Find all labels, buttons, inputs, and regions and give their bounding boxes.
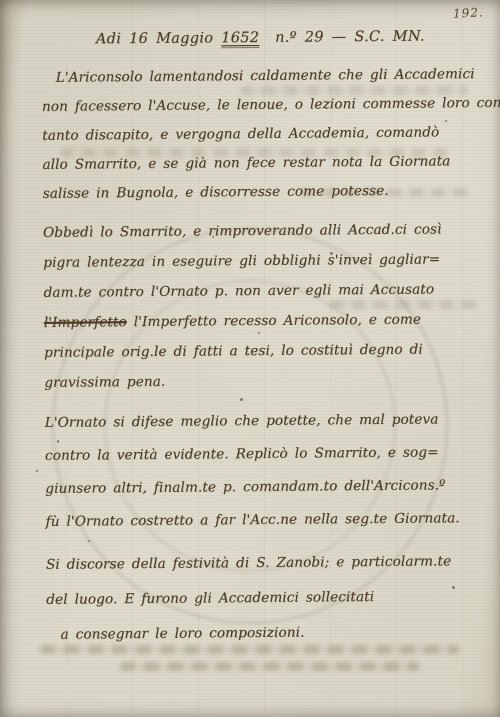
ink-speck [330, 252, 333, 255]
manuscript-line: allo Smarrito, e se già non fece restar … [42, 147, 470, 180]
ink-speck [57, 440, 59, 443]
manuscript-line: dam.te contro l'Ornato p. non aver egli … [43, 274, 471, 308]
manuscript-line: principale orig.le di fatti a tesi, lo c… [44, 334, 472, 368]
manuscript-line: L'Ariconsolo lamentandosi caldamente che… [42, 60, 470, 93]
heading-entry-number: n.º 29 — S.C. MN. [259, 29, 425, 46]
folio-number: 192. [453, 5, 484, 21]
ink-speck [36, 470, 38, 472]
manuscript-line: Obbedì lo Smarrito, e rimproverando alli… [43, 214, 471, 248]
manuscript-line: non facessero l'Accuse, le lenoue, o lez… [42, 89, 470, 122]
line-remainder: l'Imperfetto recesso Ariconsolo, e come [127, 312, 421, 331]
paragraph-2: Obbedì lo Smarrito, e rimproverando alli… [43, 214, 473, 398]
manuscript-line: giunsero altri, finalm.te p. comandam.to… [45, 469, 473, 506]
manuscript-line: fù l'Ornato costretto a far l'Acc.ne nel… [45, 502, 473, 539]
manuscript-line: pigra lentezza in eseguire gli obblighi … [43, 244, 471, 278]
ink-speck [240, 398, 243, 401]
paragraph-3: L'Ornato si difese meglio che potette, c… [45, 403, 474, 539]
paragraph-4: Si discorse della festività di S. Zanobi… [46, 544, 475, 653]
manuscript-line: salisse in Bugnola, e discorresse come p… [43, 176, 471, 209]
manuscript-line: L'Ornato si difese meglio che potette, c… [45, 403, 473, 440]
manuscript-line: gravissima pena. [44, 364, 472, 398]
paragraph-1: L'Ariconsolo lamentandosi caldamente che… [42, 60, 471, 209]
ink-speck [88, 540, 90, 542]
struck-word: l'Imperfetto [44, 314, 127, 331]
manuscript-line: a consegnar le loro composizioni. [46, 614, 474, 653]
manuscript-text: Adi 16 Maggio 1652 n.º 29 — S.C. MN. L'A… [41, 28, 474, 662]
heading-year: 1652 [221, 30, 259, 48]
bleedthrough-smudge [120, 662, 420, 671]
manuscript-line: del luogo. E furono gli Accademici solle… [46, 579, 474, 618]
ink-speck [452, 586, 455, 589]
manuscript-page: 192. Adi 16 Maggio 1652 n.º 29 — S.C. MN… [0, 0, 500, 717]
ink-speck [445, 120, 447, 122]
heading-line: Adi 16 Maggio 1652 n.º 29 — S.C. MN. [57, 28, 463, 48]
manuscript-line: Si discorse della festività di S. Zanobi… [46, 544, 474, 583]
heading-date: Adi 16 Maggio [96, 30, 221, 47]
ink-speck [258, 332, 260, 334]
manuscript-line: tanto discapito, e vergogna della Accade… [42, 118, 470, 151]
ink-speck [212, 236, 214, 238]
manuscript-line: contro la verità evidente. Replicò lo Sm… [45, 436, 473, 473]
